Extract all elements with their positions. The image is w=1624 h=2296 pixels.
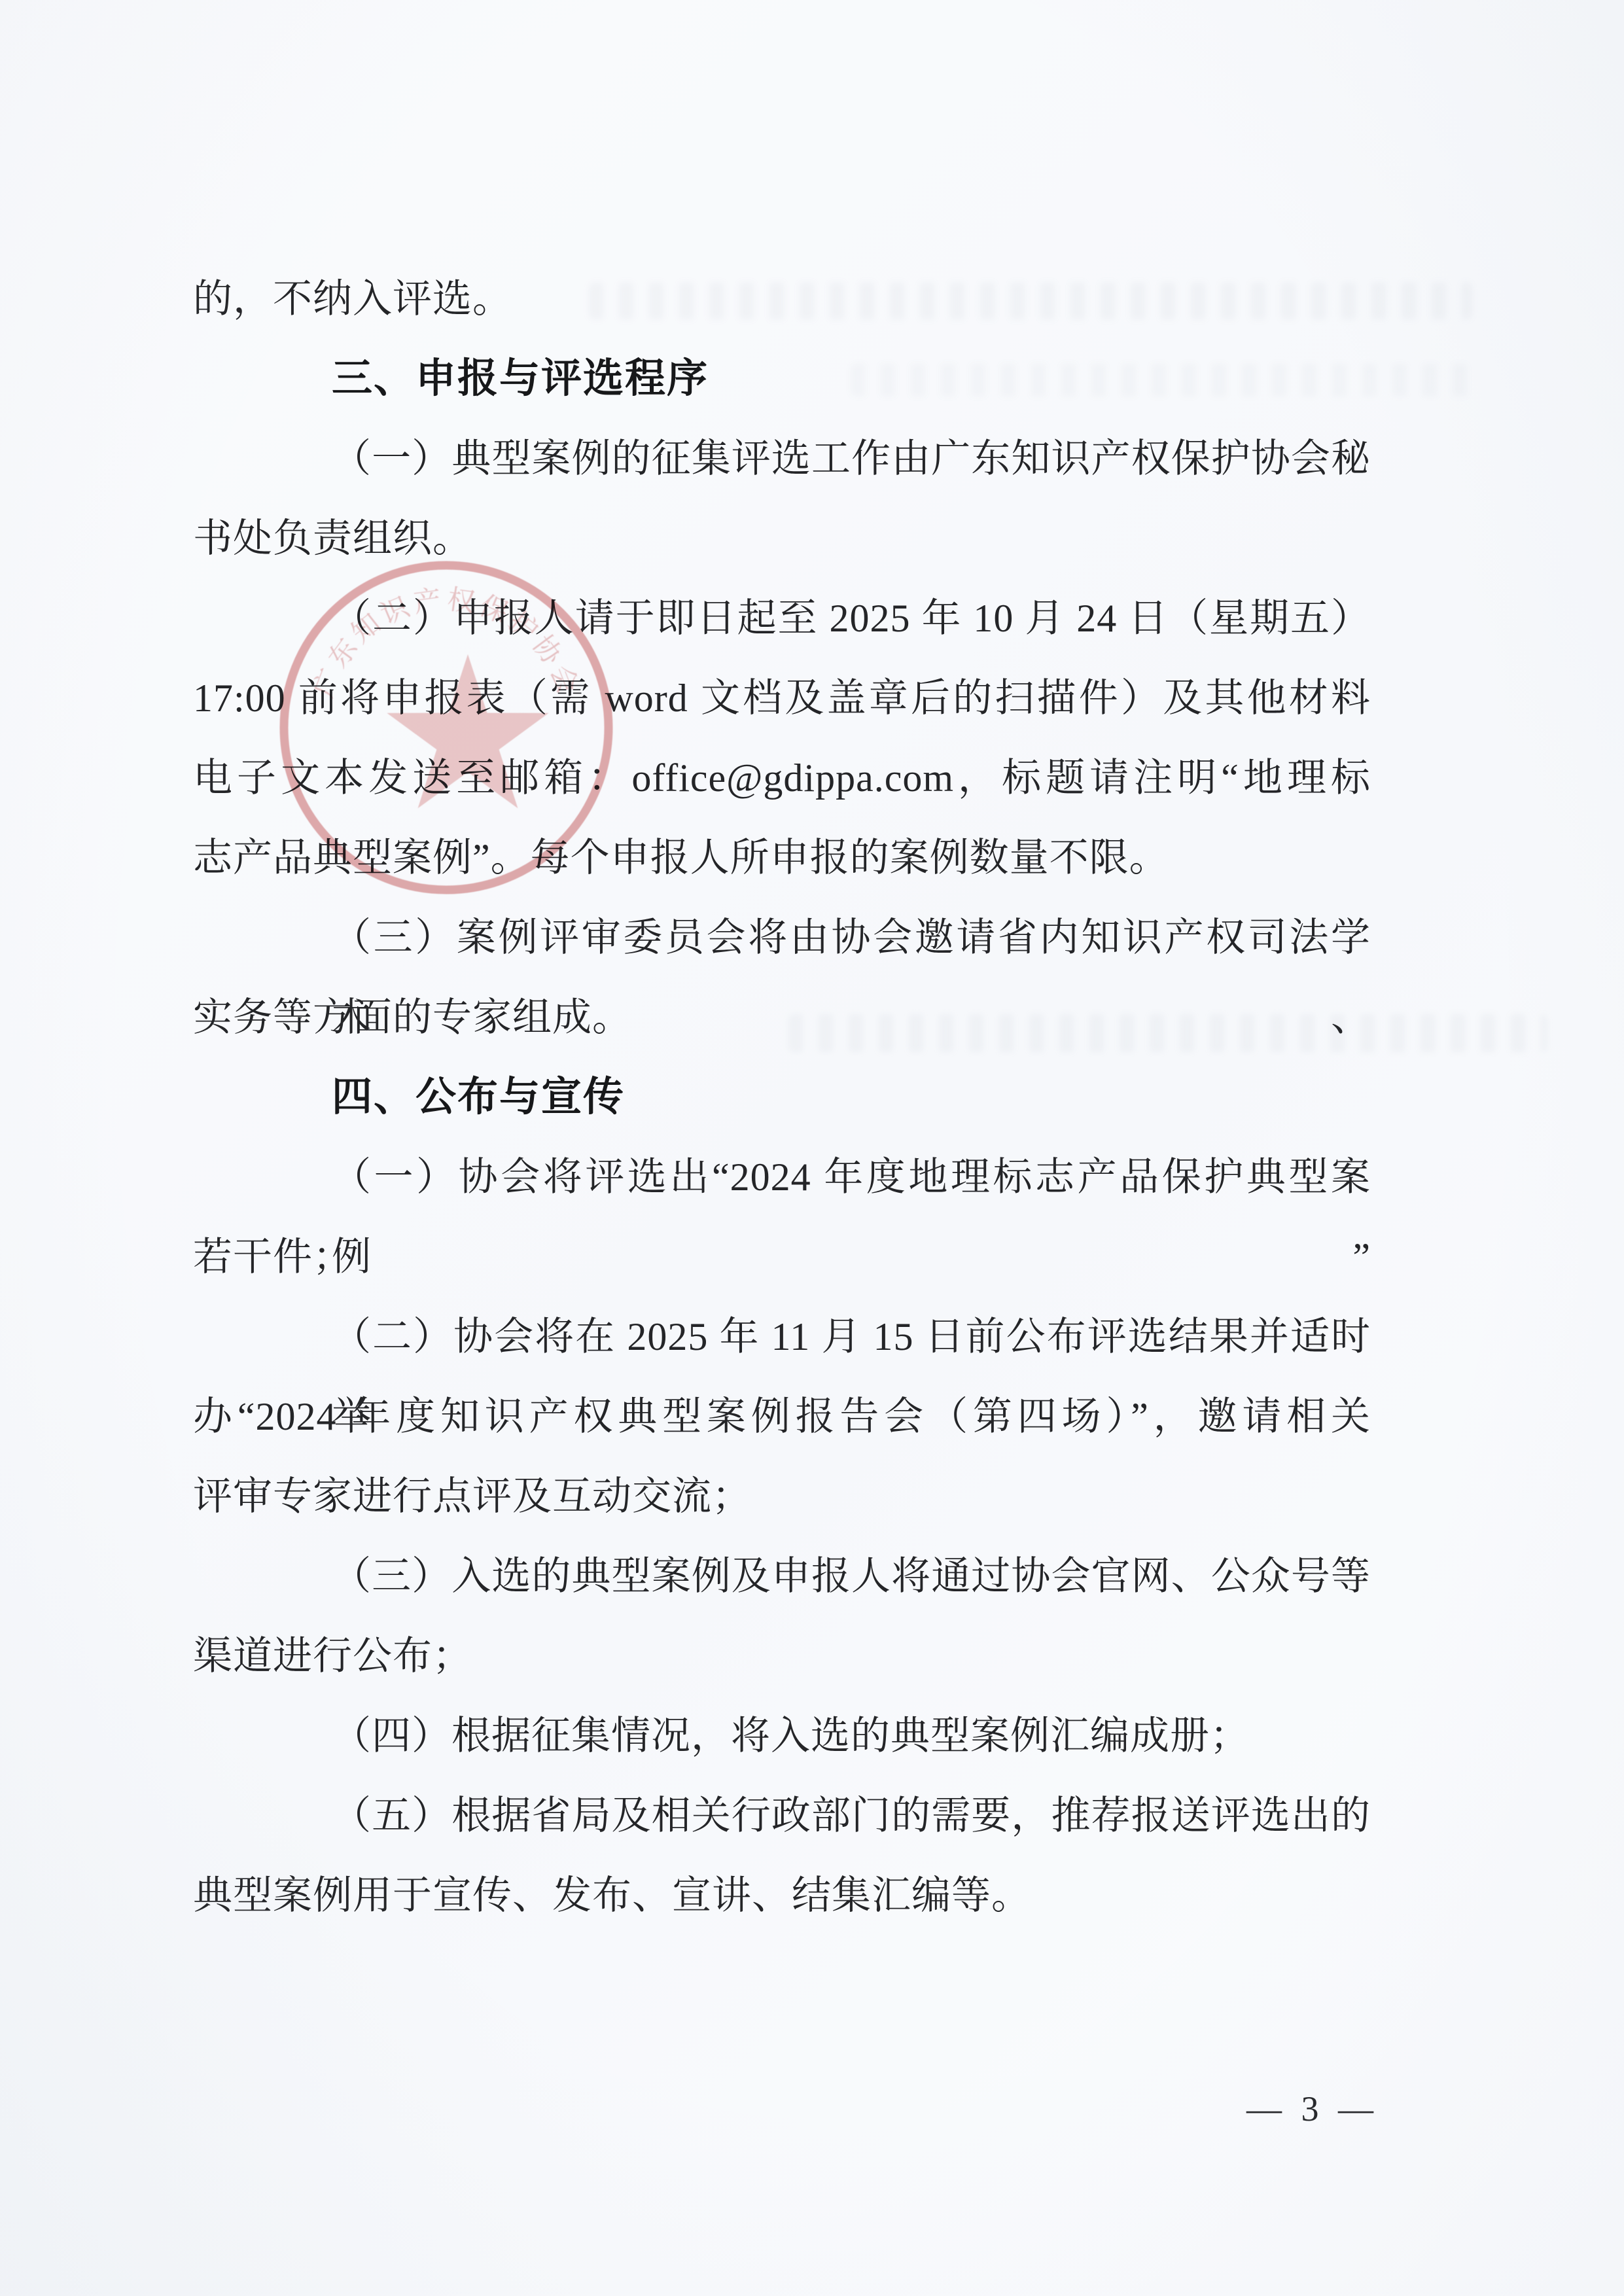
body-line: 办“2024 年度知识产权典型案例报告会（第四场）”，邀请相关 <box>193 1377 1371 1457</box>
body-line: （一）典型案例的征集评选工作由广东知识产权保护协会秘 <box>193 419 1371 499</box>
body-line: 志产品典型案例”。每个申报人所申报的案例数量不限。 <box>193 818 1371 898</box>
section-heading: 四、公布与宣传 <box>193 1057 1371 1137</box>
body-line: 典型案例用于宣传、发布、宣讲、结集汇编等。 <box>193 1856 1371 1935</box>
body-line: （四）根据征集情况，将入选的典型案例汇编成册； <box>193 1696 1371 1776</box>
page-number: — 3 — <box>1246 2089 1379 2129</box>
body-line: 的，不纳入评选。 <box>193 259 1371 339</box>
body-line: （三）案例评审委员会将由协会邀请省内知识产权司法学术、 <box>193 898 1371 978</box>
body-line: 渠道进行公布； <box>193 1616 1371 1696</box>
body-line: 书处负责组织。 <box>193 499 1371 578</box>
body-line: 电子文本发送至邮箱：office@gdippa.com，标题请注明“地理标 <box>193 738 1371 818</box>
body-line: （五）根据省局及相关行政部门的需要，推荐报送评选出的 <box>193 1776 1371 1856</box>
body-line: （一）协会将评选出“2024 年度地理标志产品保护典型案例” <box>193 1137 1371 1217</box>
section-heading: 三、申报与评选程序 <box>193 339 1371 419</box>
document-body: 的，不纳入评选。三、申报与评选程序（一）典型案例的征集评选工作由广东知识产权保护… <box>193 259 1371 1935</box>
document-page: 的，不纳入评选。三、申报与评选程序（一）典型案例的征集评选工作由广东知识产权保护… <box>0 0 1624 2296</box>
body-line: （二）申报人请于即日起至 2025 年 10 月 24 日（星期五） <box>193 578 1371 658</box>
body-line: 17:00 前将申报表（需 word 文档及盖章后的扫描件）及其他材料 <box>193 658 1371 738</box>
body-line: （三）入选的典型案例及申报人将通过协会官网、公众号等 <box>193 1536 1371 1616</box>
body-line: （二）协会将在 2025 年 11 月 15 日前公布评选结果并适时举 <box>193 1297 1371 1377</box>
body-line: 评审专家进行点评及互动交流； <box>193 1457 1371 1536</box>
